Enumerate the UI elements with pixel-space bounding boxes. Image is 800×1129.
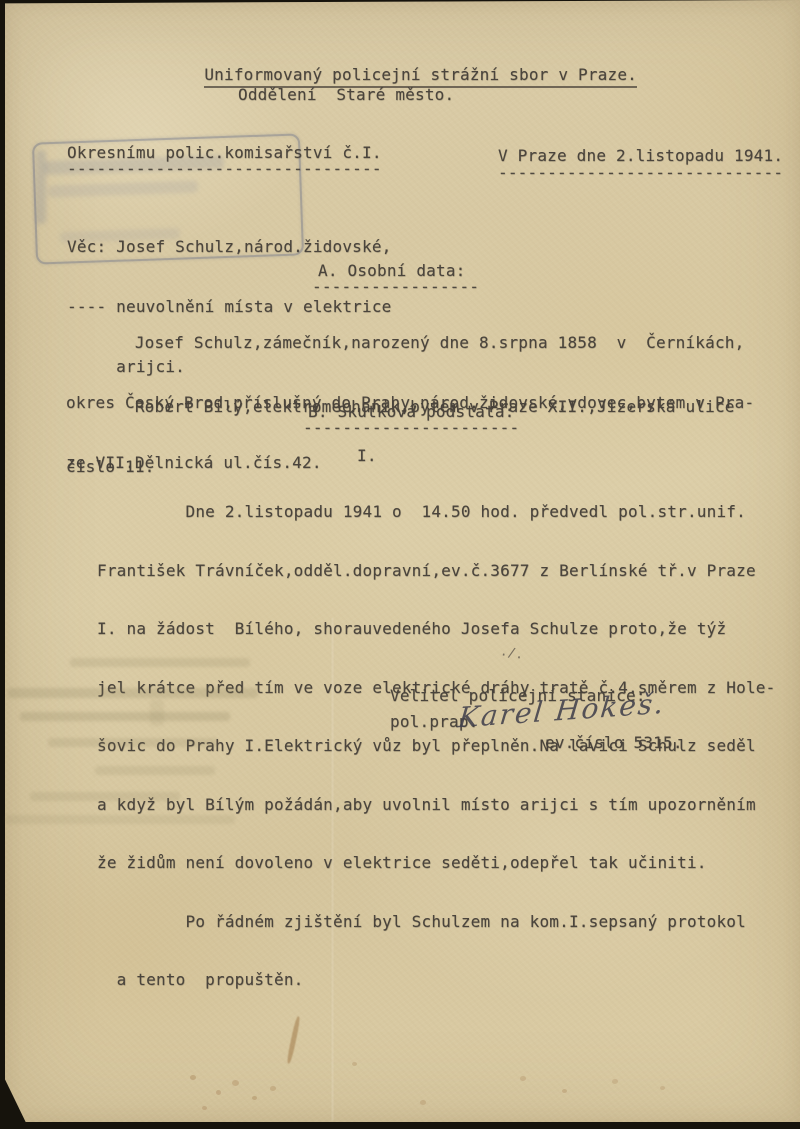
subject-line: Věc: Josef Schulz,národ.židovské,: [67, 237, 391, 257]
body-text-line: a tento propuštěn.: [97, 970, 775, 990]
document-subtitle: Oddělení Staré město.: [238, 85, 454, 105]
body-text-line: a když byl Bílým požádán,aby uvolnil mís…: [97, 795, 775, 815]
date-underline: -----------------------------: [498, 163, 783, 183]
body-text-line: Josef Schulz,zámečník,narozený dne 8.srp…: [66, 333, 754, 353]
body-text-line: že židům není dovoleno v elektrice sedět…: [97, 853, 775, 873]
body-text-line: Po řádném zjištění byl Schulzem na kom.I…: [97, 912, 775, 932]
section-b-underline: ----------------------: [303, 418, 519, 438]
body-text-line: I. na žádost Bílého, shorauvedeného Jose…: [97, 619, 775, 639]
closing-ev-number: ev.číslo 5315.: [545, 733, 683, 753]
addressee-underline: --------------------------------: [67, 159, 382, 179]
body-text-line: František Trávníček,odděl.dopravní,ev.č.…: [97, 561, 775, 581]
body-text-line: Dne 2.listopadu 1941 o 14.50 hod. předve…: [97, 502, 775, 522]
scanned-document: Uniformovaný policejní strážní sbor v Pr…: [0, 0, 800, 1129]
